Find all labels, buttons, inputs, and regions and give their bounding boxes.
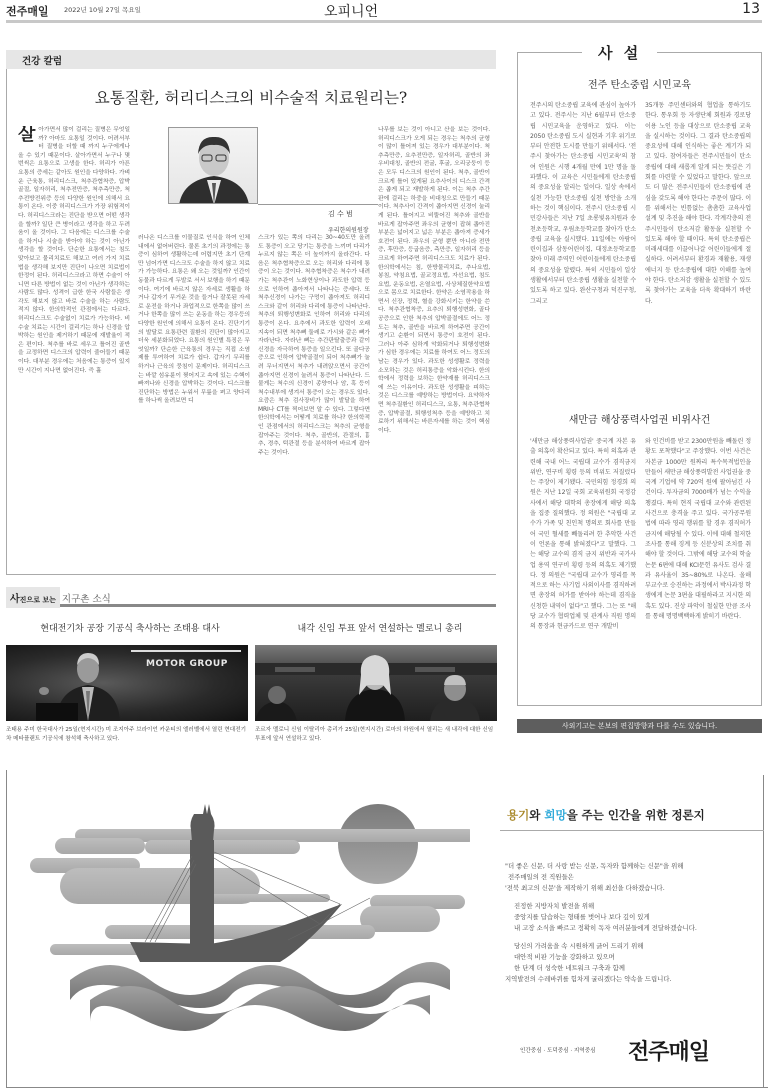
pledge-paragraph-2: 진정한 지방자치 발전을 위해 중앙지를 답습하는 형태를 벗어나 보다 깊이 … [505, 901, 697, 934]
page-header: 전주매일 2022년 10월 27일 목요일 오피니언 13 [6, 0, 762, 20]
photo-title-2: 내각 신임 투표 앞서 연설하는 멜로니 총리 [260, 621, 500, 634]
photo-news-subtitle: 지구촌 소식 [62, 594, 111, 605]
column-text-col3: 스크가 있는 쪽의 다리는 30~40도만 올려도 통증이 오고 당기는 통증을… [258, 234, 370, 568]
header-divider [6, 20, 762, 23]
page-number: 13 [742, 1, 760, 17]
pledge-paragraph-1: "더 좋은 신문, 더 사랑 받는 신문, 독자와 함께하는 신문"을 위해 전… [505, 861, 683, 894]
editorial-title-2: 새만금 해상풍력사업권 비위사건 [517, 411, 762, 426]
author-affiliation: 우리한의원원장 [328, 227, 369, 234]
author-name: 김 수 범 [328, 209, 378, 219]
photo-news-header: 사진으로 보는지구촌 소식 [6, 587, 496, 607]
pledge-paragraph-3: 당신의 가려움을 속 시원하게 긁어 드리기 위해 대안적 비판 기능을 강화하… [505, 941, 672, 985]
dropcap: 살 [18, 126, 35, 144]
ship-illustration [30, 800, 470, 1040]
editorial-heading: 사 설 [582, 42, 657, 63]
section-title: 오피니언 [324, 1, 378, 21]
editorial-2-col2: 와 인건비를 받고 2300만원을 빼돌린 정황도 포착했다"고 주장했다. 이… [645, 437, 751, 699]
editorial-title-1: 전주 탄소중립 시민교육 [517, 76, 762, 91]
photo-caption-1: 조태용 주미 한국대사가 25일(현지시간) 미 조지아주 브라이언 카운티의 … [6, 726, 246, 743]
editorial-1-col2: 35개동 주민센터와의 협업을 통하기도 한다. 통우회 등 자생단체 회원과 … [645, 101, 751, 391]
column-text-col4: 나무를 보는 것이 아니고 산을 보는 것이다. 허리디스크가 오게 되는 경우… [378, 126, 490, 568]
photo-1: MOTOR GROUP [6, 645, 248, 721]
column-text-col1: 살아가면서 많이 걸리는 질병은 무엇일까? 아마도 요통일 것이다. 어려서부… [18, 126, 130, 568]
photo-news-tag: 사진으로 보는 [6, 587, 60, 608]
author-byline: 김 수 범 우리한의원원장 [258, 204, 378, 226]
disclaimer-banner: 사외기고는 본보의 편집방향과 다를 수도 있습니다. [517, 719, 762, 733]
author-photo [168, 127, 258, 204]
photo-2 [255, 645, 497, 721]
column-text-col2: 러나온 디스크를 이물질로 인식을 하여 인체 내에서 없어버린다. 물론 초기… [138, 234, 250, 568]
ad-newspaper-logo: 전주매일 [628, 1035, 709, 1066]
ad-motto: 인간중심 · 도덕중심 · 지역중심 [520, 1046, 596, 1054]
issue-date: 2022년 10월 27일 목요일 [64, 5, 141, 14]
newspaper-logo: 전주매일 [6, 3, 49, 19]
editorial-1-col1: 전주시의 탄소중립 교육에 관심이 높아가고 있다. 전주시는 지난 6월부터 … [530, 101, 636, 391]
photo-caption-2: 조르자 멜로니 신임 이탈리아 총리가 25일(현지시간) 로마의 하원에서 열… [255, 726, 495, 743]
column-title: 요통질환, 허리디스크의 비수술적 치료원리는? [6, 86, 496, 108]
slogan-divider [500, 830, 764, 831]
editorial-2-col1: '새만금 해상풍력사업권' 중국계 자본 유출 의혹이 확산되고 있다. 특히 … [530, 437, 636, 699]
ad-slogan: 용기와 희망을 주는 인간을 위한 정론지 [507, 807, 705, 823]
photo-title-1: 현대전기차 공장 기공식 축사하는 조태용 대사 [10, 621, 250, 634]
column-label: 건강 칼럼 [6, 50, 496, 69]
ad-right-border [763, 775, 764, 1088]
